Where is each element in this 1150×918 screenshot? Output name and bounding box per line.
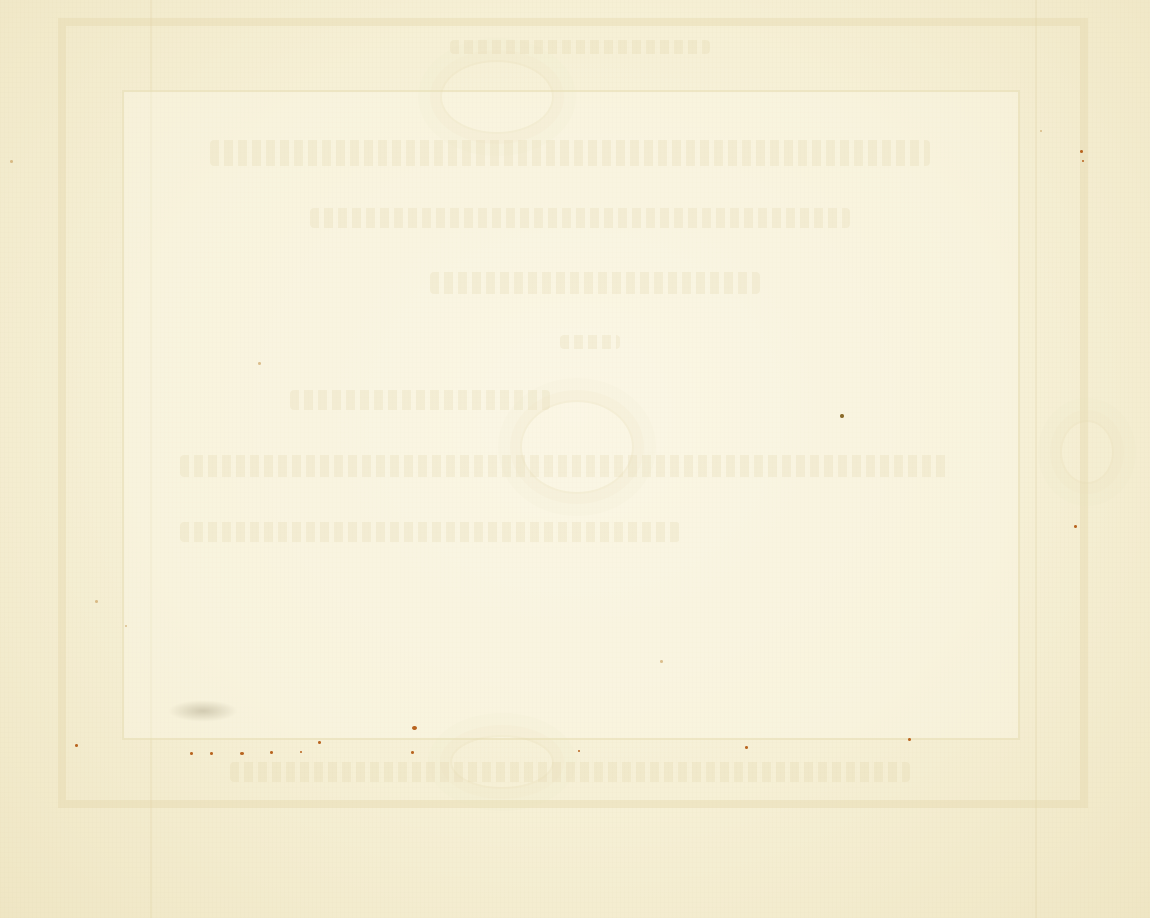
foxing-spot bbox=[660, 660, 663, 663]
watermark-swirl bbox=[520, 400, 634, 494]
ink-smudge bbox=[168, 700, 238, 722]
foxing-spot bbox=[318, 741, 321, 744]
foxing-spot bbox=[411, 751, 414, 754]
foxing-spot bbox=[1080, 150, 1083, 153]
show-through-line bbox=[180, 522, 680, 542]
foxing-spot bbox=[840, 414, 844, 418]
show-through-line bbox=[430, 272, 760, 294]
foxing-spot bbox=[908, 738, 911, 741]
show-through-line bbox=[310, 208, 850, 228]
watermark-swirl bbox=[450, 735, 554, 789]
watermark-swirl bbox=[1060, 420, 1114, 484]
show-through-title bbox=[210, 140, 930, 166]
foxing-spot bbox=[1082, 160, 1084, 162]
foxing-spot bbox=[95, 600, 98, 603]
foxing-spot bbox=[578, 750, 580, 752]
watermark-swirl bbox=[440, 60, 554, 134]
foxing-spot bbox=[1074, 525, 1077, 528]
foxing-spot bbox=[125, 625, 127, 627]
foxing-spot bbox=[1040, 130, 1042, 132]
foxing-spot bbox=[75, 744, 78, 747]
foxing-spot bbox=[240, 752, 244, 755]
show-through-footer bbox=[230, 762, 910, 782]
foxing-spot bbox=[412, 726, 417, 730]
foxing-spot bbox=[270, 751, 273, 754]
foxing-spot bbox=[300, 751, 302, 753]
foxing-spot bbox=[10, 160, 13, 163]
show-through-header bbox=[450, 40, 710, 54]
foxing-spot bbox=[745, 746, 748, 749]
foxing-spot bbox=[190, 752, 193, 755]
show-through-line bbox=[290, 390, 550, 410]
document-verso bbox=[0, 0, 1150, 918]
foxing-spot bbox=[258, 362, 261, 365]
show-through-line bbox=[560, 335, 620, 349]
foxing-spot bbox=[210, 752, 213, 755]
